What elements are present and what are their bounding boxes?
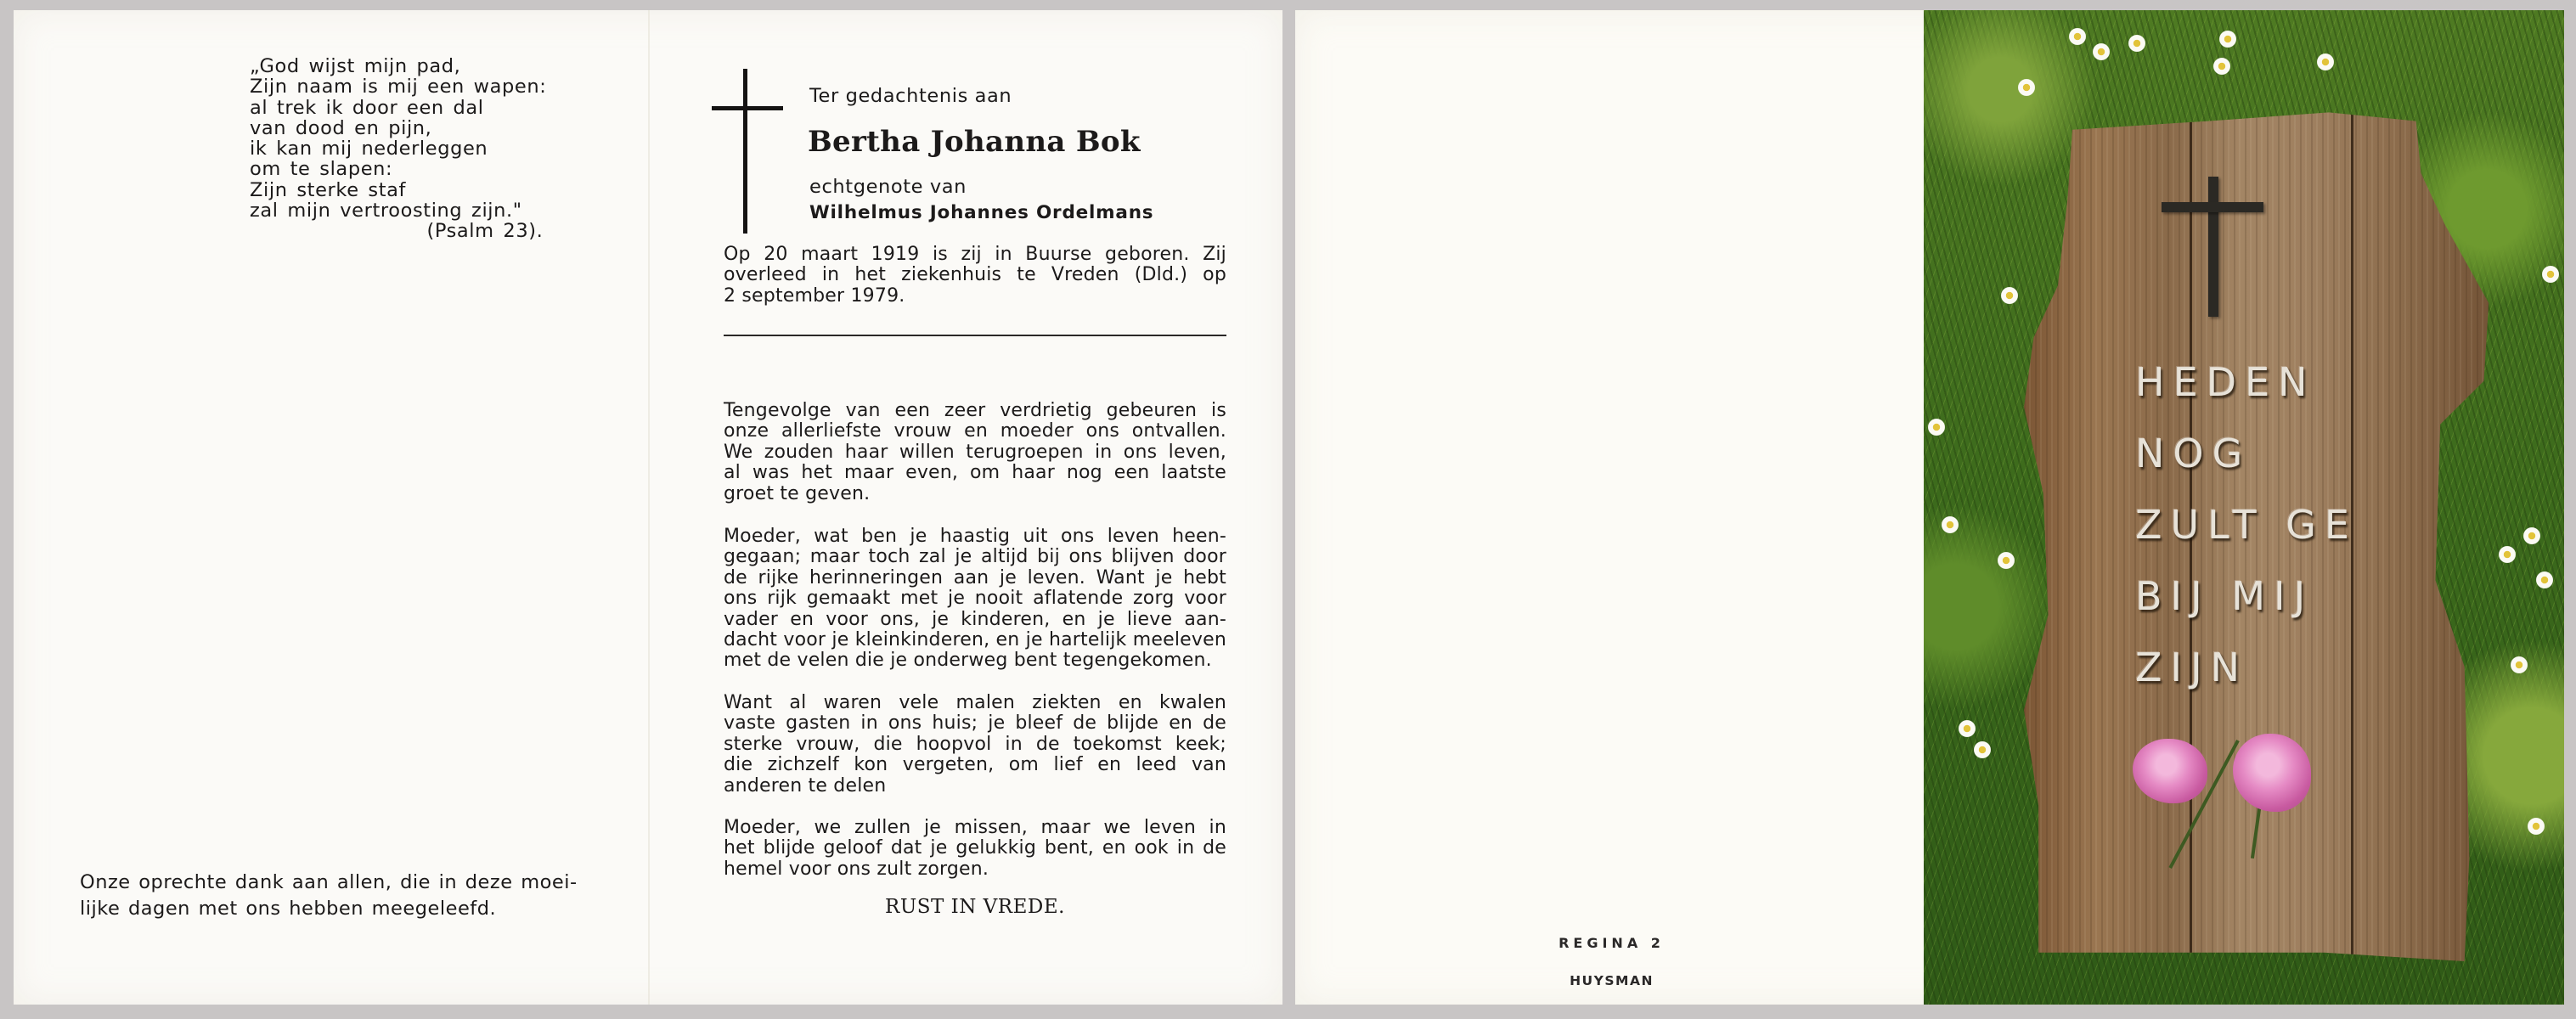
daisy-icon bbox=[1927, 418, 1946, 436]
text-line: onze allerliefste vrouw en moeder ons on… bbox=[724, 421, 1226, 442]
text-line: We zouden haar willen terugroepen in ons… bbox=[724, 442, 1226, 463]
text-line: sterke vrouw, die hoopvol in de toekomst… bbox=[724, 735, 1226, 755]
text-line: hemel voor ons zult zorgen. bbox=[724, 859, 1226, 880]
psalm-line: ik kan mij nederleggen bbox=[250, 138, 546, 159]
psalm-line: zal mijn vertroosting zijn." bbox=[250, 200, 546, 221]
thanks-line: Onze oprechte dank aan allen, die in dez… bbox=[80, 870, 606, 896]
text-line: Op 20 maart 1919 is zij in Buurse gebore… bbox=[724, 245, 1226, 265]
psalm-line: Zijn naam is mij een wapen: bbox=[250, 76, 546, 97]
text-line: anderen te delen bbox=[724, 776, 1226, 797]
text-line: vaste gasten in ons huis; je bleef de bl… bbox=[724, 713, 1226, 734]
life-details: Op 20 maart 1919 is zij in Buurse gebore… bbox=[724, 245, 1226, 307]
daisy-icon bbox=[2218, 30, 2237, 48]
engraved-line: ZULT GE bbox=[2135, 489, 2358, 560]
text-line: Tengevolge van een zeer verdrietig gebeu… bbox=[724, 401, 1226, 421]
daisy-icon bbox=[2522, 526, 2541, 545]
psalm-line: van dood en pijn, bbox=[250, 118, 546, 138]
daisy-icon bbox=[2092, 42, 2111, 61]
paragraph-4: Moeder, we zullen je missen, maar we lev… bbox=[724, 818, 1226, 880]
daisy-icon bbox=[1958, 719, 1976, 738]
in-memory-heading: Ter gedachtenis aan bbox=[809, 85, 1012, 107]
psalm-line: om te slapen: bbox=[250, 159, 546, 179]
engraved-line: BIJ MIJ bbox=[2135, 560, 2358, 632]
daisy-icon bbox=[1997, 551, 2015, 570]
cover-photo: HEDENNOGZULT GEBIJ MIJZIJN bbox=[1924, 10, 2564, 1005]
daisy-icon bbox=[2510, 656, 2528, 674]
daisy-icon bbox=[2535, 571, 2554, 589]
paragraph-1: Tengevolge van een zeer verdrietig gebeu… bbox=[724, 401, 1226, 504]
engraved-line: HEDEN bbox=[2135, 346, 2358, 418]
rose-icon bbox=[2133, 739, 2207, 803]
text-line: met de velen die je onderweg bent tegeng… bbox=[724, 650, 1226, 671]
series-imprint: REGINA 2 bbox=[1295, 935, 1928, 951]
closing-line: RUST IN VREDE. bbox=[724, 896, 1226, 918]
thanks-line: lijke dagen met ons hebben meegeleefd. bbox=[80, 896, 606, 922]
psalm-reference: (Psalm 23). bbox=[250, 221, 546, 241]
thanks-note: Onze oprechte dank aan allen, die in dez… bbox=[80, 870, 606, 922]
psalm-line: al trek ik door een dal bbox=[250, 98, 546, 118]
daisy-icon bbox=[2541, 265, 2560, 284]
text-line: het blijde geloof dat je gelukkig bent, … bbox=[724, 838, 1226, 859]
rose-icon bbox=[2233, 734, 2311, 812]
daisy-icon bbox=[2498, 545, 2517, 564]
cross-icon bbox=[712, 59, 786, 238]
engraved-line: ZIJN bbox=[2135, 632, 2358, 703]
iron-cross-icon bbox=[2162, 177, 2263, 321]
daisy-icon bbox=[2212, 57, 2231, 76]
daisy-icon bbox=[2128, 34, 2146, 53]
text-line: 2 september 1979. bbox=[724, 286, 1226, 307]
spouse-name: Wilhelmus Johannes Ordelmans bbox=[809, 202, 1153, 223]
daisy-icon bbox=[2316, 53, 2335, 71]
text-line: vader en voor ons, je kinderen, en je li… bbox=[724, 610, 1226, 630]
text-line: gegaan; maar toch zal je altijd bij ons … bbox=[724, 547, 1226, 567]
text-line: die zichzelf kon vergeten, om lief en le… bbox=[724, 755, 1226, 775]
text-line: Want al waren vele malen ziekten en kwal… bbox=[724, 693, 1226, 713]
daisy-icon bbox=[2527, 817, 2545, 836]
text-line: ons rijk gemaakt met je nooit aflatende … bbox=[724, 588, 1226, 609]
engraved-text: HEDENNOGZULT GEBIJ MIJZIJN bbox=[2135, 346, 2358, 703]
text-line: Moeder, wat ben je haastig uit ons leven… bbox=[724, 526, 1226, 547]
psalm-quote: „God wijst mijn pad,Zijn naam is mij een… bbox=[250, 56, 546, 242]
psalm-line: Zijn sterke staf bbox=[250, 180, 546, 200]
daisy-icon bbox=[1973, 740, 1992, 759]
text-line: al was het maar even, om haar nog een la… bbox=[724, 463, 1226, 483]
daisy-icon bbox=[2068, 27, 2087, 46]
text-line: dacht voor je kleinkinderen, en je harte… bbox=[724, 630, 1226, 650]
daisy-icon bbox=[2017, 78, 2036, 97]
text-line: Moeder, we zullen je missen, maar we lev… bbox=[724, 818, 1226, 838]
deceased-name: Bertha Johanna Bok bbox=[808, 125, 1141, 159]
paragraph-3: Want al waren vele malen ziekten en kwal… bbox=[724, 693, 1226, 797]
engraved-line: NOG bbox=[2135, 418, 2358, 489]
spouse-label: echtgenote van bbox=[809, 176, 967, 198]
fold-line bbox=[648, 10, 650, 1005]
paragraph-2: Moeder, wat ben je haastig uit ons leven… bbox=[724, 526, 1226, 672]
divider bbox=[724, 335, 1226, 336]
text-line: groet te geven. bbox=[724, 484, 1226, 504]
psalm-line: „God wijst mijn pad, bbox=[250, 56, 546, 76]
daisy-icon bbox=[2000, 286, 2019, 305]
publisher-imprint: HUYSMAN bbox=[1295, 973, 1928, 988]
daisy-icon bbox=[1941, 515, 1959, 534]
wooden-plank: HEDENNOGZULT GEBIJ MIJZIJN bbox=[2024, 95, 2508, 961]
text-line: overleed in het ziekenhuis te Vreden (Dl… bbox=[724, 265, 1226, 285]
text-line: de rijke herinneringen aan je leven. Wan… bbox=[724, 568, 1226, 588]
